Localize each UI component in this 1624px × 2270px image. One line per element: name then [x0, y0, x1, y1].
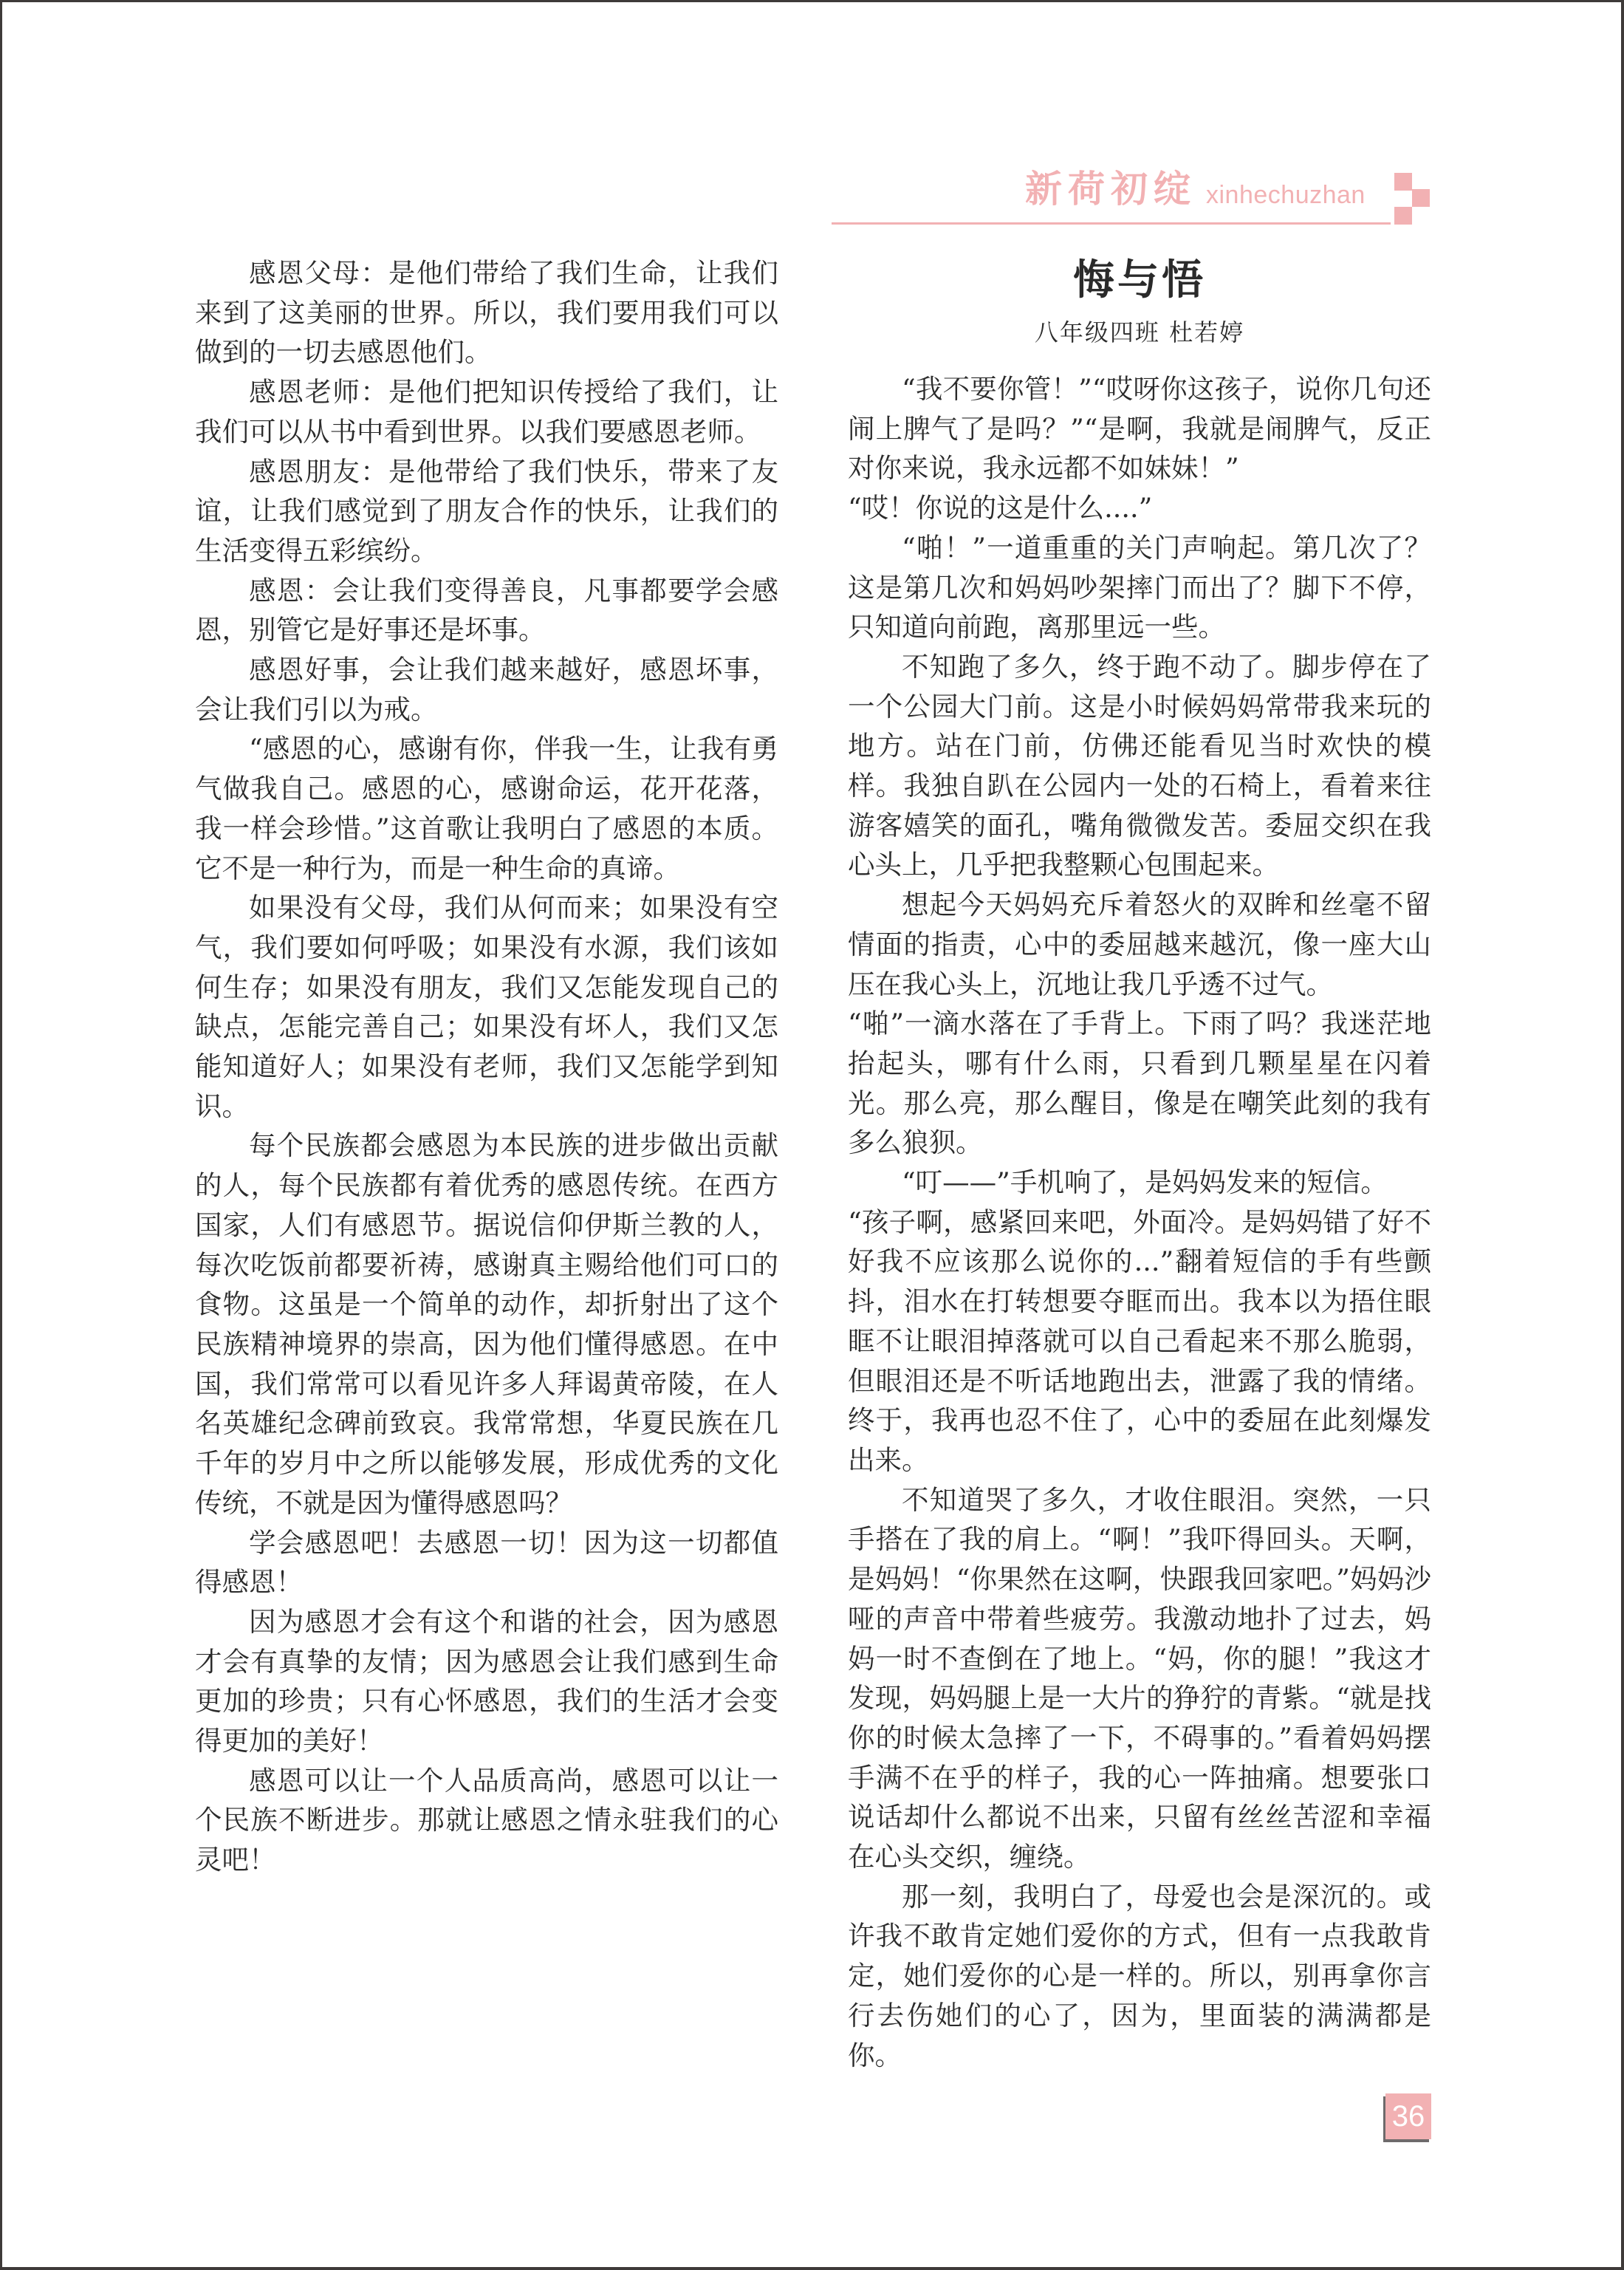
paragraph: 感恩朋友：是他带给了我们快乐，带来了友谊，让我们感觉到了朋友合作的快乐，让我们的…: [195, 452, 778, 571]
section-title: 新荷初绽: [1025, 167, 1196, 211]
paragraph: 感恩好事，会让我们越来越好，感恩坏事，会让我们引以为戒。: [195, 650, 778, 729]
paragraph: “我不要你管！”“哎呀你这孩子，说你几句还闹上脾气了是吗？”“是啊，我就是闹脾气…: [848, 369, 1431, 488]
paragraph: 因为感恩才会有这个和谐的社会，因为感恩才会有真挚的友情；因为感恩会让我们感到生命…: [195, 1602, 778, 1761]
paragraph: 如果没有父母，我们从何而来；如果没有空气，我们要如何呼吸；如果没有水源，我们该如…: [195, 888, 778, 1126]
checker-square-icon: [1412, 189, 1430, 207]
paragraph: 想起今天妈妈充斥着怒火的双眸和丝毫不留情面的指责，心中的委屈越来越沉，像一座大山…: [848, 885, 1431, 1004]
scan-border-right: [1621, 0, 1624, 2270]
paragraph: “啪”一滴水落在了手背上。下雨了吗？我迷茫地抬起头，哪有什么雨，只看到几颗星星在…: [848, 1004, 1431, 1163]
paragraph: 感恩：会让我们变得善良，凡事都要学会感恩，别管它是好事还是坏事。: [195, 571, 778, 650]
section-pinyin: xinhechuzhan: [1206, 180, 1366, 210]
paragraph: “啪！”一道重重的关门声响起。第几次了？这是第几次和妈妈吵架摔门而出了？脚下不停…: [848, 528, 1431, 647]
paragraph: 不知跑了多久，终于跑不动了。脚步停在了一个公园大门前。这是小时候妈妈常带我来玩的…: [848, 647, 1431, 885]
scan-border-left: [0, 0, 2, 2270]
scan-border-bottom: [0, 2267, 1624, 2270]
paragraph: “感恩的心，感谢有你，伴我一生，让我有勇气做我自己。感恩的心，感谢命运，花开花落…: [195, 729, 778, 888]
paragraph: 每个民族都会感恩为本民族的进步做出贡献的人，每个民族都有着优秀的感恩传统。在西方…: [195, 1126, 778, 1522]
paragraph: “叮——”手机响了，是妈妈发来的短信。: [848, 1163, 1431, 1203]
scan-border-top: [0, 0, 1624, 2]
article-byline: 八年级四班 杜若婷: [848, 316, 1431, 349]
checker-square-icon: [1394, 173, 1412, 191]
paragraph: 那一刻，我明白了，母爱也会是深沉的。或许我不敢肯定她们爱你的方式，但有一点我敢肯…: [848, 1877, 1431, 2076]
paragraph: 学会感恩吧！去感恩一切！因为这一切都值得感恩！: [195, 1523, 778, 1602]
section-header: 新荷初绽 xinhechuzhan: [822, 148, 1442, 229]
page-number: 36: [1385, 2093, 1431, 2139]
paragraph: 感恩可以让一个人品质高尚，感恩可以让一个民族不断进步。那就让感恩之情永驻我们的心…: [195, 1761, 778, 1880]
checker-square-icon: [1394, 207, 1412, 225]
paragraph: 不知道哭了多久，才收住眼泪。突然，一只手搭在了我的肩上。“啊！”我吓得回头。天啊…: [848, 1480, 1431, 1877]
right-column-article: “我不要你管！”“哎呀你这孩子，说你几句还闹上脾气了是吗？”“是啊，我就是闹脾气…: [848, 369, 1431, 2075]
header-rule: [832, 222, 1391, 225]
paragraph: “哎！你说的这是什么....”: [848, 488, 1431, 528]
paragraph: 感恩老师：是他们把知识传授给了我们，让我们可以从书中看到世界。以我们要感恩老师。: [195, 372, 778, 451]
left-column-essay: 感恩父母：是他们带给了我们生命，让我们来到了这美丽的世界。所以，我们要用我们可以…: [195, 253, 778, 1880]
paragraph: “孩子啊，感紧回来吧，外面冷。是妈妈错了好不好我不应该那么说你的...”翻着短信…: [848, 1203, 1431, 1480]
article-title: 悔与悟: [848, 255, 1431, 307]
paragraph: 感恩父母：是他们带给了我们生命，让我们来到了这美丽的世界。所以，我们要用我们可以…: [195, 253, 778, 372]
